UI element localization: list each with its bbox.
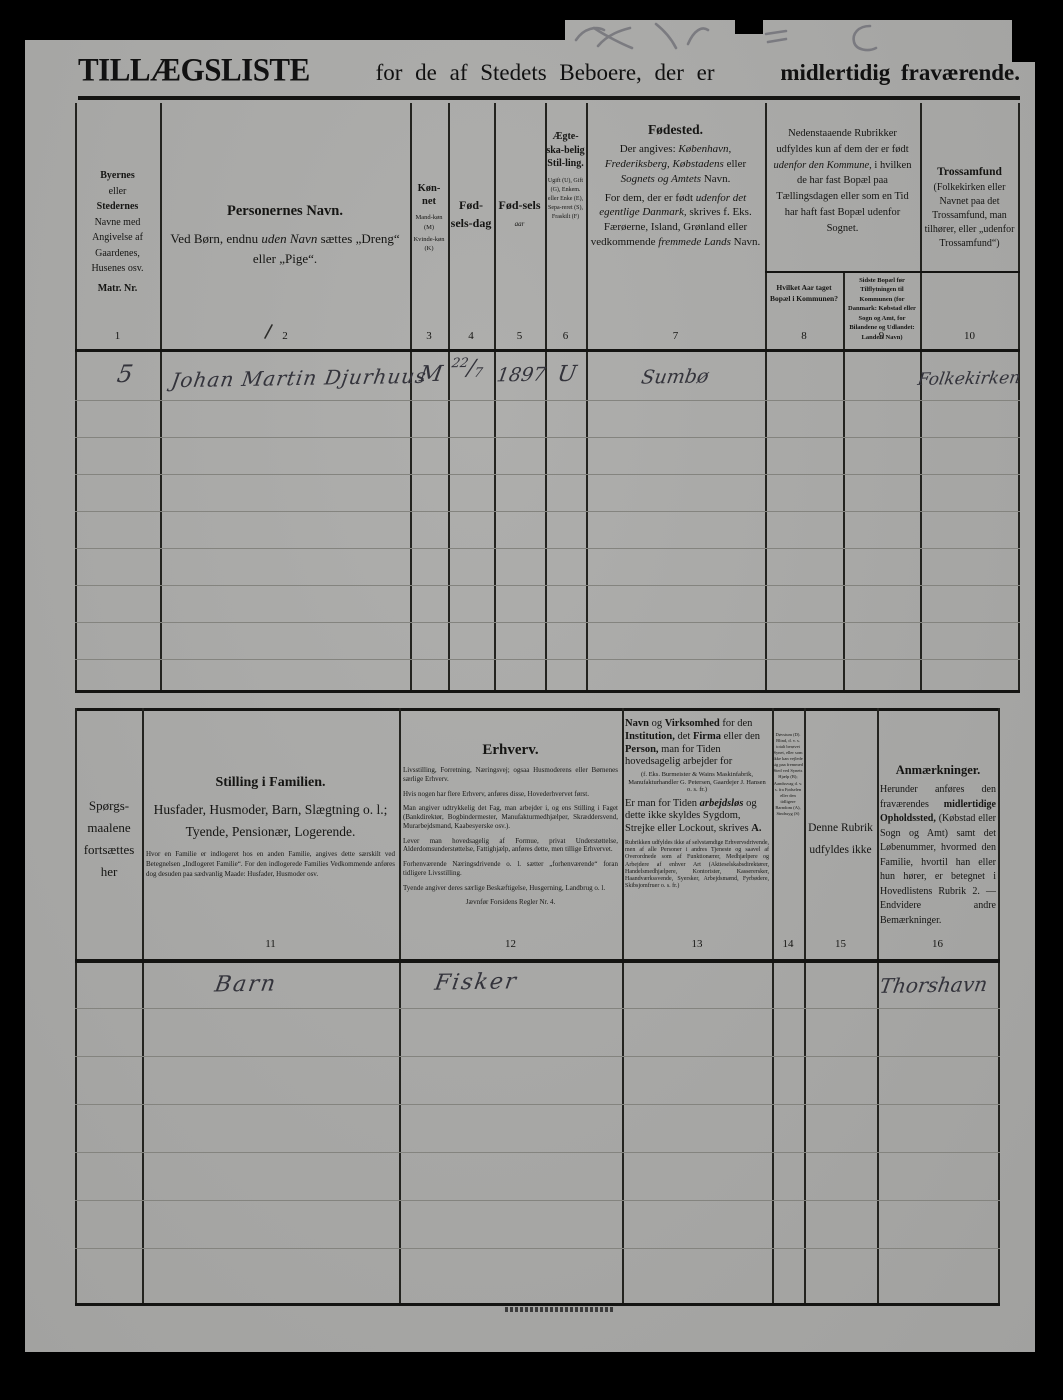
col15-number: 15 (804, 938, 877, 956)
col16-header: Anmærkninger. Herunder anføres den fravæ… (880, 763, 996, 928)
col5-number: 5 (494, 330, 545, 348)
page-title-lead: TILLÆGSLISTE (78, 51, 310, 89)
col8-number: 8 (765, 330, 843, 348)
col12-number: 12 (399, 938, 622, 956)
col3-header: Køn-net Mand-køn (M) Kvinde-køn (K) (411, 183, 447, 254)
col3-number: 3 (410, 330, 448, 348)
entry-matr-nr: 5 (93, 359, 158, 388)
entry-marital-status: U (546, 362, 588, 388)
col5-header: Fød-sels aar (495, 196, 544, 228)
entry-birthplace: Sumbø (598, 365, 752, 390)
col14-header: Døvstum (D). Blind, d. v. s. totalt berø… (773, 732, 803, 954)
entry-religion: Folkekirken (916, 368, 1022, 390)
col10-header: Trossamfund (Folkekirken eller Navnet pa… (922, 166, 1017, 251)
continuation-label: Spørgs-maalene fortsættes her (78, 795, 140, 883)
entry-family-position: Barn (213, 971, 279, 997)
entry-occupation: Fisker (433, 969, 520, 995)
ink-tick-mark (262, 323, 274, 341)
scan-edge-top-band (560, 0, 1063, 20)
page-title-tail: midlertidig fraværende. (780, 60, 1020, 86)
census-form-scan: { "colors": { "paper": "#a9a9a7", "ink":… (0, 0, 1063, 1400)
col10-number: 10 (920, 330, 1019, 348)
title-rule (78, 96, 1020, 100)
col13-number: 13 (622, 938, 772, 956)
entry-birth-year: 1897 (495, 364, 547, 387)
col1-header: Byernes eller Stedernes Navne med Angive… (78, 168, 157, 296)
entry-birth-date: 22/7 (449, 356, 485, 382)
scan-edge-top-left (0, 0, 565, 40)
col2-header: Personernes Navn. Ved Børn, endnu uden N… (164, 203, 406, 269)
col11-header: Stilling i Familien. Husfader, Husmoder,… (146, 775, 395, 880)
col8-9-shared-header: Nedenstaaende Rubrikker udfyldes kun af … (769, 126, 916, 236)
col7-header: Fødested. Der angives: København, Freder… (590, 122, 761, 256)
col16-number: 16 (877, 938, 998, 956)
col9-number: 9 (843, 330, 920, 348)
scan-edge-top-notch (735, 0, 763, 34)
col11-number: 11 (142, 938, 399, 956)
col15-header: Denne Rubrik udfyldes ikke (806, 818, 875, 862)
entry-name: Johan Martin Djurhuus (170, 364, 429, 392)
scan-edge-bottom (0, 1352, 1063, 1400)
scan-edge-top-right (1012, 0, 1063, 62)
col2-number: 2 (160, 330, 410, 348)
col12-header: Erhverv. Livsstilling, Forretning, Nærin… (403, 742, 618, 957)
scan-edge-right (1035, 0, 1063, 1400)
col14-number: 14 (772, 938, 804, 956)
entry-sex: M (412, 362, 450, 388)
col1-number: 1 (75, 330, 160, 348)
page-title-middle: for de af Stedets Beboere, der er (376, 60, 715, 86)
col13-header: Navn og Virksomhed for den Institution, … (625, 718, 769, 955)
col6-number: 6 (545, 330, 586, 348)
entry-remark: Thorshavn (878, 972, 989, 998)
printer-imprint (505, 1307, 615, 1312)
col6-header: Ægte-ska-belig Stil-ling. Ugift (U), Gif… (546, 130, 585, 222)
col4-header: Fød-sels-dag (449, 196, 493, 232)
page-title: TILLÆGSLISTE for de af Stedets Beboere, … (78, 52, 1020, 88)
scan-edge-left (0, 0, 25, 1400)
col8-subheader: Hvilket Aar taget Bopæl i Kommunen? (766, 282, 842, 305)
col7-number: 7 (586, 330, 765, 348)
col4-number: 4 (448, 330, 494, 348)
